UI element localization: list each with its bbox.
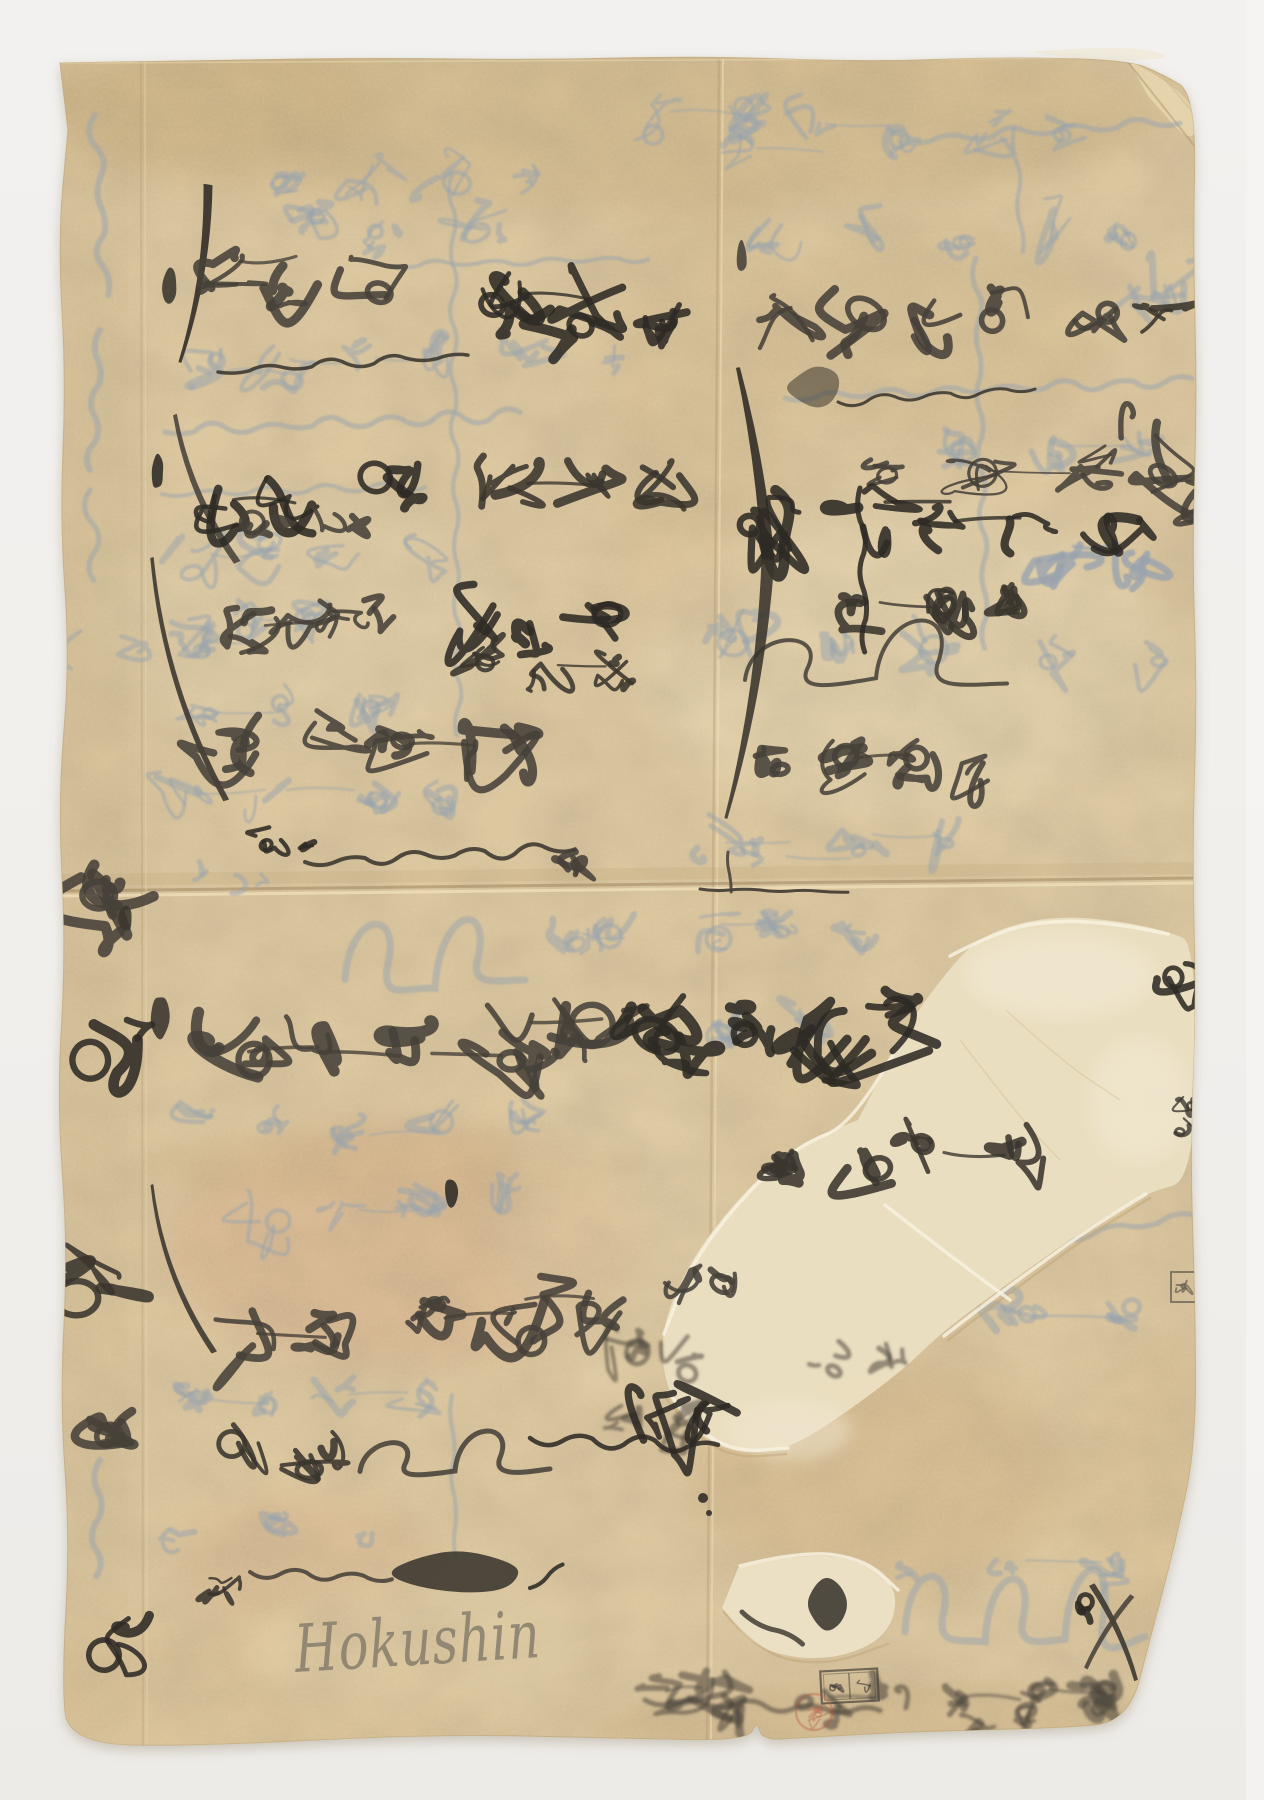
backdrop-seam (1246, 0, 1264, 1800)
pencil-inscription: Hokushin (292, 1596, 543, 1688)
manuscript-image: Hokushin (0, 0, 1264, 1800)
scanned-manuscript-photo: Hokushin (0, 0, 1264, 1800)
